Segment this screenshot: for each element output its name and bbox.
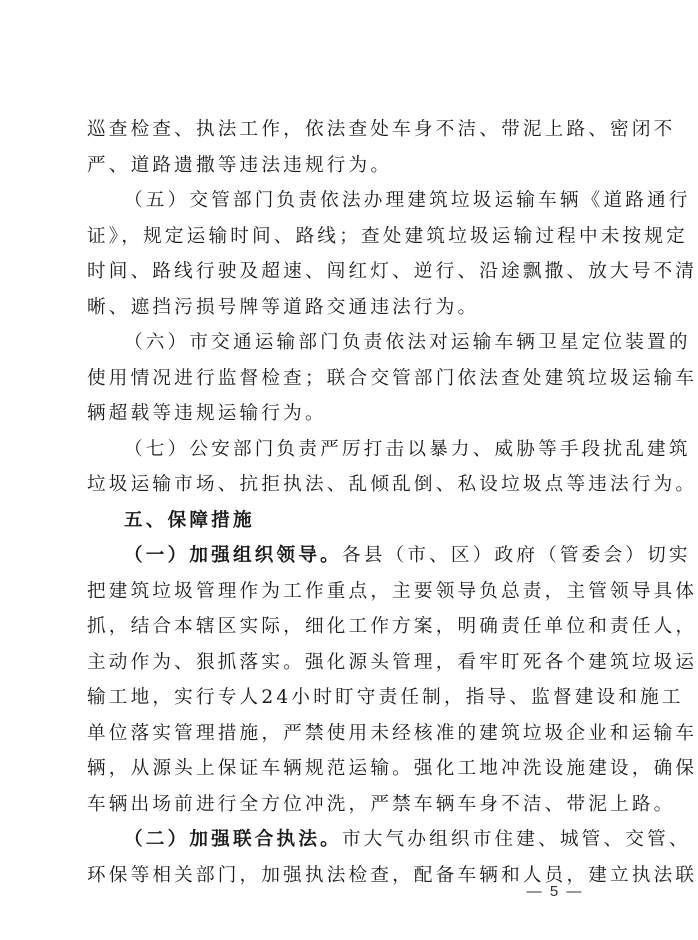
text-line: （六）市交通运输部门负责依法对运输车辆卫星定位装置的 bbox=[87, 325, 613, 361]
text-line: 晰、遮挡污损号牌等道路交通违法行为。 bbox=[87, 290, 613, 326]
text-line: 时间、路线行驶及超速、闯红灯、逆行、沿途飘撒、放大号不清 bbox=[87, 254, 613, 290]
text-line: （七）公安部门负责严厉打击以暴力、威胁等手段扰乱建筑 bbox=[87, 432, 613, 468]
text-line: 证》，规定运输时间、路线；查处建筑垃圾运输过程中未按规定 bbox=[87, 219, 613, 255]
measure-2-text: 市大气办组织市住建、城管、交管、 bbox=[342, 829, 691, 850]
measure-1-first-line: （一）加强组织领导。各县（市、区）政府（管委会）切实 bbox=[87, 538, 613, 574]
text-line: 抓，结合本辖区实际，细化工作方案，明确责任单位和责任人， bbox=[87, 609, 613, 645]
section-heading: 五、保障措施 bbox=[87, 503, 613, 539]
text-line: 辆，从源头上保证车辆规范运输。强化工地冲洗设施建设，确保 bbox=[87, 751, 613, 787]
measure-1-text: 各县（市、区）政府（管委会）切实 bbox=[342, 545, 691, 566]
page-number: — 5 — bbox=[505, 883, 605, 900]
text-line: 巡查检查、执法工作，依法查处车身不洁、带泥上路、密闭不 bbox=[87, 112, 613, 148]
text-line: 把建筑垃圾管理作为工作重点，主要领导负总责，主管领导具体 bbox=[87, 574, 613, 610]
text-line: 严、道路遗撒等违法违规行为。 bbox=[87, 148, 613, 184]
text-line: （五）交管部门负责依法办理建筑垃圾运输车辆《道路通行 bbox=[87, 183, 613, 219]
measure-1-title: （一）加强组织领导。 bbox=[124, 545, 342, 566]
text-line: 垃圾运输市场、抗拒执法、乱倾乱倒、私设垃圾点等违法行为。 bbox=[87, 467, 613, 503]
text-line: 辆超载等违规运输行为。 bbox=[87, 396, 613, 432]
text-line: 使用情况进行监督检查；联合交管部门依法查处建筑垃圾运输车 bbox=[87, 361, 613, 397]
measure-2-title: （二）加强联合执法。 bbox=[124, 829, 342, 850]
measure-2-first-line: （二）加强联合执法。市大气办组织市住建、城管、交管、 bbox=[87, 822, 613, 858]
text-line: 车辆出场前进行全方位冲洗，严禁车辆车身不洁、带泥上路。 bbox=[87, 787, 613, 823]
text-line: 主动作为、狠抓落实。强化源头管理，看牢盯死各个建筑垃圾运 bbox=[87, 645, 613, 681]
body-text: 巡查检查、执法工作，依法查处车身不洁、带泥上路、密闭不 严、道路遗撒等违法违规行… bbox=[87, 112, 613, 893]
text-line: 单位落实管理措施，严禁使用未经核准的建筑垃圾企业和运输车 bbox=[87, 716, 613, 752]
text-line: 输工地，实行专人24小时盯守责任制，指导、监督建设和施工 bbox=[87, 680, 613, 716]
document-page: 巡查检查、执法工作，依法查处车身不洁、带泥上路、密闭不 严、道路遗撒等违法违规行… bbox=[0, 0, 698, 940]
